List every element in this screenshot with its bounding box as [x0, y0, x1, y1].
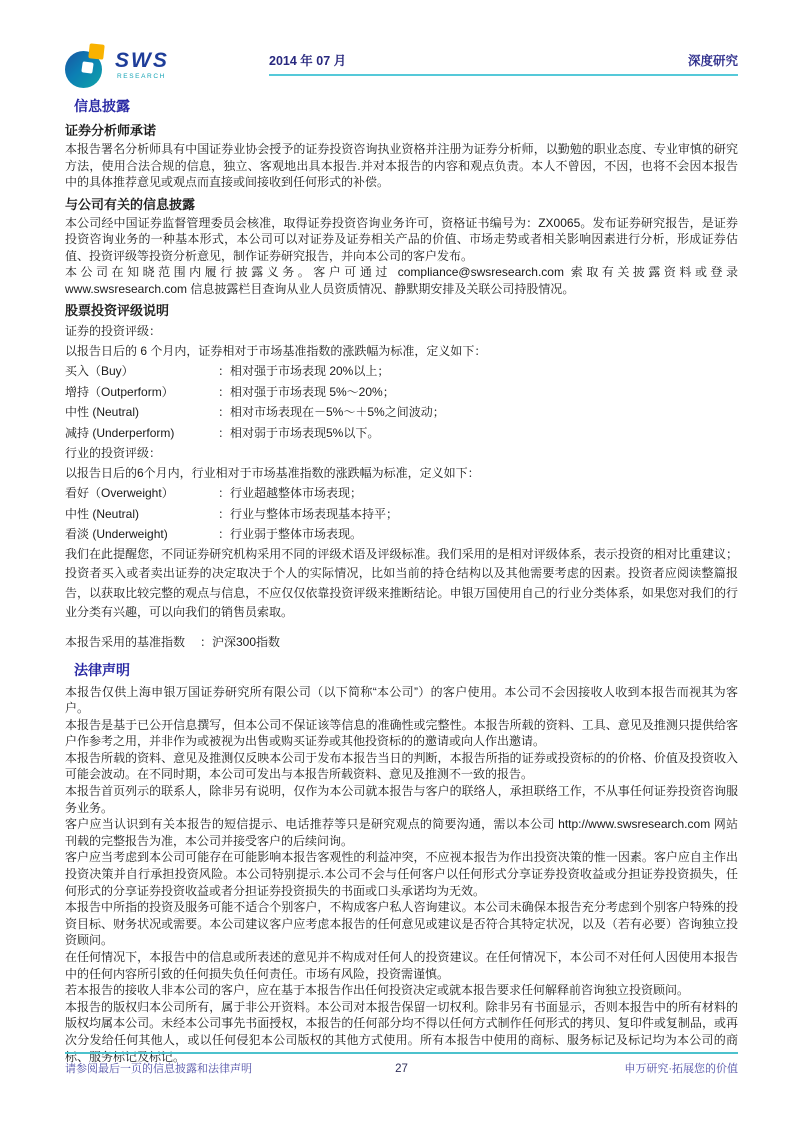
- section-title-disclosure: 信息披露: [74, 96, 738, 116]
- page-header: SWS RESEARCH 2014 年 07 月 深度研究: [65, 28, 738, 90]
- legal-paragraph: 若本报告的接收人非本公司的客户，应在基于本报告作出任何投资决定或就本报告要求任何…: [65, 982, 738, 999]
- rating-label: 增持（Outperform）: [65, 382, 218, 403]
- benchmark-index-row: 本报告采用的基准指数 ：沪深300指数: [65, 634, 738, 650]
- legal-paragraph: 本报告首页列示的联系人，除非另有说明，仅作为本公司就本报告与客户的联络人，承担联…: [65, 783, 738, 816]
- industry-rating-list: 看好（Overweight） ：行业超越整体市场表现； 中性 (Neutral)…: [65, 483, 738, 545]
- rating-definition: ：行业与整体市场表现基本持平；: [218, 504, 738, 525]
- rating-definition: ：行业超越整体市场表现；: [218, 483, 738, 504]
- legal-paragraph: 在任何情况下，本报告中的信息或所表述的意见并不构成对任何人的投资建议。在任何情况…: [65, 949, 738, 982]
- header-rule: 2014 年 07 月 深度研究: [269, 51, 738, 76]
- rating-row: 买入（Buy） ：相对强于市场表现 20%以上；: [65, 361, 738, 382]
- logo-sws-label: SWS: [115, 50, 169, 71]
- page-content: SWS RESEARCH 2014 年 07 月 深度研究 信息披露 证券分析师…: [65, 28, 738, 1065]
- legal-paragraph: 本报告仅供上海申银万国证券研究所有限公司（以下简称“本公司”）的客户使用。本公司…: [65, 684, 738, 717]
- rating-label: 中性 (Neutral): [65, 402, 218, 423]
- benchmark-label: 本报告采用的基准指数: [65, 634, 200, 650]
- industry-rating-desc: 以报告日后的6个月内，行业相对于市场基准指数的涨跌幅为标准，定义如下：: [65, 463, 738, 483]
- rating-definition: ：相对弱于市场表现5%以下。: [218, 423, 738, 444]
- security-rating-list: 买入（Buy） ：相对强于市场表现 20%以上； 增持（Outperform） …: [65, 361, 738, 443]
- rating-definition: ：相对强于市场表现 5%～20%；: [218, 382, 738, 403]
- legal-paragraphs: 本报告仅供上海申银万国证券研究所有限公司（以下简称“本公司”）的客户使用。本公司…: [65, 684, 738, 1066]
- rating-definition: ：相对强于市场表现 20%以上；: [218, 361, 738, 382]
- security-rating-title: 证券的投资评级：: [65, 321, 738, 341]
- page-footer: 请参阅最后一页的信息披露和法律声明 27 申万研究·拓展您的价值: [65, 1052, 738, 1076]
- company-disclosure-heading: 与公司有关的信息披露: [65, 194, 738, 213]
- report-date: 2014 年 07 月: [269, 51, 346, 69]
- rating-row: 中性 (Neutral) ：相对市场表现在－5%～＋5%之间波动；: [65, 402, 738, 423]
- sws-logo-icon: [65, 44, 109, 90]
- benchmark-value: ：沪深300指数: [200, 634, 280, 650]
- rating-row: 增持（Outperform） ：相对强于市场表现 5%～20%；: [65, 382, 738, 403]
- section-title-legal: 法律声明: [74, 660, 738, 680]
- sws-logo: SWS RESEARCH: [65, 44, 233, 90]
- report-type-label: 深度研究: [688, 51, 738, 69]
- legal-paragraph: 客户应当认识到有关本报告的短信提示、电话推荐等只是研究观点的简要沟通，需以本公司…: [65, 816, 738, 849]
- company-disclosure-body1: 本公司经中国证券监督管理委员会核准，取得证券投资咨询业务许可，资格证书编号为：Z…: [65, 215, 738, 265]
- rating-explanation-heading: 股票投资评级说明: [65, 300, 738, 319]
- rating-row: 看淡 (Underweight) ：行业弱于整体市场表现。: [65, 524, 738, 545]
- legal-paragraph: 本报告中所指的投资及服务可能不适合个别客户，不构成客户私人咨询建议。本公司未确保…: [65, 899, 738, 949]
- legal-paragraph: 本报告所载的资料、意见及推测仅反映本公司于发布本报告当日的判断，本报告所指的证券…: [65, 750, 738, 783]
- rating-system-note: 我们在此提醒您，不同证券研究机构采用不同的评级术语及评级标准。我们采用的是相对评…: [65, 545, 738, 623]
- rating-definition: ：相对市场表现在－5%～＋5%之间波动；: [218, 402, 738, 423]
- analyst-pledge-heading: 证券分析师承诺: [65, 120, 738, 139]
- logo-research-label: RESEARCH: [117, 73, 169, 80]
- analyst-pledge-body: 本报告署名分析师具有中国证券业协会授予的证券投资咨询执业资格并注册为证券分析师，…: [65, 141, 738, 191]
- rating-label: 减持 (Underperform): [65, 423, 218, 444]
- industry-rating-title: 行业的投资评级：: [65, 443, 738, 463]
- rating-row: 看好（Overweight） ：行业超越整体市场表现；: [65, 483, 738, 504]
- company-disclosure-body2: 本公司在知晓范围内履行披露义务。客户可通过 compliance@swsrese…: [65, 264, 738, 297]
- security-rating-desc: 以报告日后的 6 个月内，证券相对于市场基准指数的涨跌幅为标准，定义如下：: [65, 341, 738, 361]
- rating-label: 看淡 (Underweight): [65, 524, 218, 545]
- rating-label: 买入（Buy）: [65, 361, 218, 382]
- rating-label: 看好（Overweight）: [65, 483, 218, 504]
- rating-row: 中性 (Neutral) ：行业与整体市场表现基本持平；: [65, 504, 738, 525]
- footer-slogan: 申万研究·拓展您的价值: [408, 1060, 738, 1076]
- report-page: SWS RESEARCH 2014 年 07 月 深度研究 信息披露 证券分析师…: [0, 0, 800, 1132]
- sws-logo-text: SWS RESEARCH: [115, 50, 169, 84]
- legal-paragraph: 客户应当考虑到本公司可能存在可能影响本报告客观性的利益冲突，不应视本报告为作出投…: [65, 849, 738, 899]
- rating-row: 减持 (Underperform) ：相对弱于市场表现5%以下。: [65, 423, 738, 444]
- rating-label: 中性 (Neutral): [65, 504, 218, 525]
- footer-disclaimer: 请参阅最后一页的信息披露和法律声明: [65, 1060, 395, 1076]
- page-number: 27: [395, 1063, 408, 1075]
- rating-definition: ：行业弱于整体市场表现。: [218, 524, 738, 545]
- legal-paragraph: 本报告是基于已公开信息撰写，但本公司不保证该等信息的准确性或完整性。本报告所载的…: [65, 717, 738, 750]
